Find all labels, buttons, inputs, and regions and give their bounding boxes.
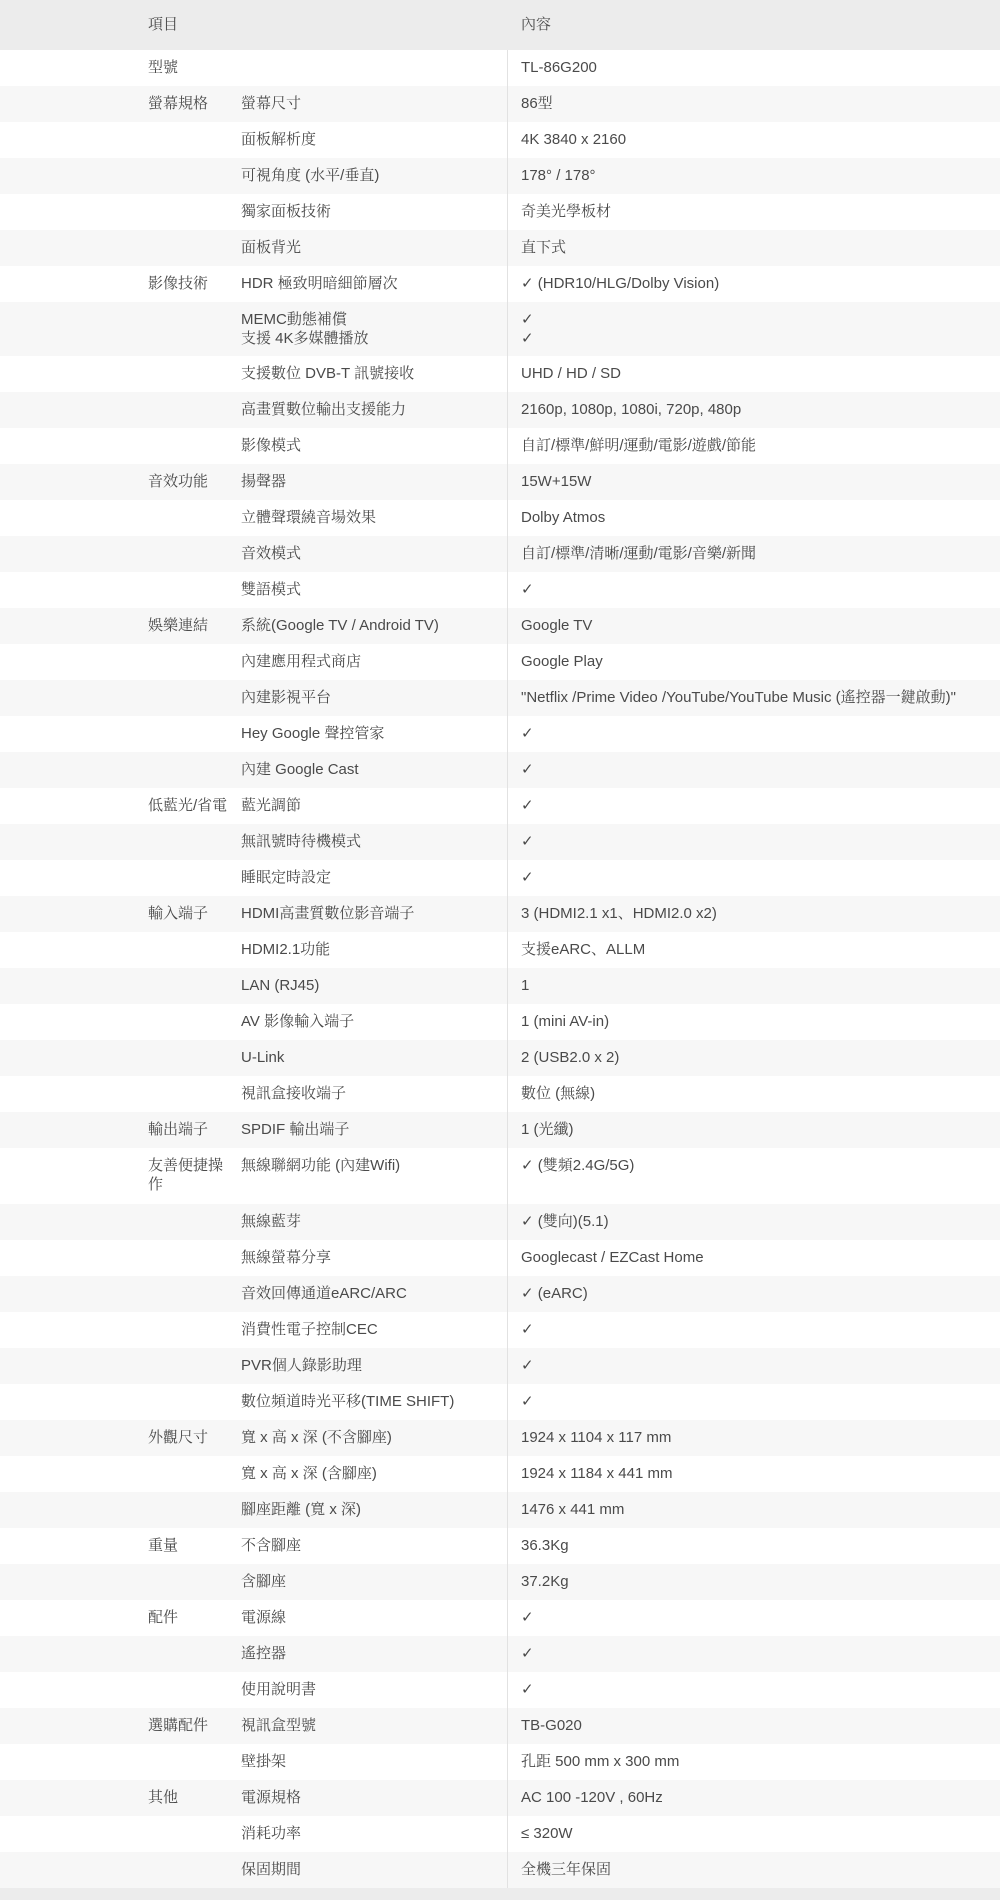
spec-row: 面板背光直下式 (0, 230, 1000, 266)
category-cell (0, 158, 241, 194)
item-cell-text: 雙語模式 (241, 581, 301, 598)
spec-row: 型號TL-86G200 (0, 50, 1000, 86)
value-cell: ✓ (507, 1672, 1000, 1708)
item-cell-text: 揚聲器 (241, 473, 286, 490)
value-cell-text: 孔距 500 mm x 300 mm (521, 1753, 679, 1770)
item-cell-text: 腳座距離 (寬 x 深) (241, 1501, 361, 1518)
item-cell: 使用說明書 (241, 1672, 507, 1708)
value-cell-text: ✓ (521, 869, 534, 886)
value-cell-text: 3 (HDMI2.1 x1、HDMI2.0 x2) (521, 905, 717, 922)
category-cell: 輸入端子 (0, 896, 241, 932)
value-cell: 15W+15W (507, 464, 1000, 500)
item-cell: LAN (RJ45) (241, 968, 507, 1004)
spec-table: 項目 內容 型號TL-86G200螢幕規格螢幕尺寸86型面板解析度4K 3840… (0, 0, 1000, 1900)
category-cell-text: 友善便捷操作 (148, 1157, 223, 1193)
item-cell: 螢幕尺寸 (241, 86, 507, 122)
category-cell-text: 輸入端子 (148, 905, 208, 922)
item-cell-text: 數位頻道時光平移(TIME SHIFT) (241, 1393, 454, 1410)
item-cell-text: 無線藍芽 (241, 1213, 301, 1230)
item-cell: 內建應用程式商店 (241, 644, 507, 680)
item-cell: 寬 x 高 x 深 (含腳座) (241, 1456, 507, 1492)
item-cell-text: 面板解析度 (241, 131, 316, 148)
value-cell: 4K 3840 x 2160 (507, 122, 1000, 158)
item-cell-text: 高畫質數位輸出支援能力 (241, 401, 406, 418)
value-cell-text: ✓ (HDR10/HLG/Dolby Vision) (521, 275, 719, 292)
value-cell: 1 (507, 968, 1000, 1004)
item-cell: 寬 x 高 x 深 (不含腳座) (241, 1420, 507, 1456)
item-cell-text: 內建影視平台 (241, 689, 331, 706)
item-cell-text: 含腳座 (241, 1573, 286, 1590)
value-cell: "Netflix /Prime Video /YouTube/YouTube M… (507, 680, 1000, 716)
value-cell-text: 36.3Kg (521, 1537, 569, 1554)
category-cell (0, 1852, 241, 1888)
item-cell-text: 可視角度 (水平/垂直) (241, 167, 379, 184)
value-cell: Dolby Atmos (507, 500, 1000, 536)
category-cell-text: 型號 (148, 59, 178, 76)
category-cell-text: 選購配件 (148, 1717, 208, 1734)
item-cell: 影像模式 (241, 428, 507, 464)
value-cell-text: TL-86G200 (521, 59, 597, 76)
value-cell: ≤ 320W (507, 1816, 1000, 1852)
category-cell-text: 重量 (148, 1537, 178, 1554)
category-cell (0, 1312, 241, 1348)
value-cell: ✓ (507, 788, 1000, 824)
item-cell-text: 遙控器 (241, 1645, 286, 1662)
item-cell: 腳座距離 (寬 x 深) (241, 1492, 507, 1528)
item-cell-text: AV 影像輸入端子 (241, 1013, 354, 1030)
item-cell: 獨家面板技術 (241, 194, 507, 230)
category-cell-text: 娛樂連結 (148, 617, 208, 634)
category-cell (0, 302, 241, 356)
category-cell-text: 輸出端子 (148, 1121, 208, 1138)
item-cell: 不含腳座 (241, 1528, 507, 1564)
category-cell (0, 230, 241, 266)
category-cell-text: 低藍光/省電 (148, 797, 227, 814)
spec-row: 外觀尺寸寬 x 高 x 深 (不含腳座)1924 x 1104 x 117 mm (0, 1420, 1000, 1456)
item-cell-text: 立體聲環繞音場效果 (241, 509, 376, 526)
value-cell: 37.2Kg (507, 1564, 1000, 1600)
category-cell (0, 1636, 241, 1672)
item-cell: 消耗功率 (241, 1816, 507, 1852)
value-cell: 1924 x 1184 x 441 mm (507, 1456, 1000, 1492)
value-cell-text: ✓ (雙向)(5.1) (521, 1213, 609, 1230)
spec-row: 選購配件視訊盒型號TB-G020 (0, 1708, 1000, 1744)
spec-row: 含腳座37.2Kg (0, 1564, 1000, 1600)
category-cell (0, 824, 241, 860)
value-cell-text: 1 (521, 977, 529, 994)
item-cell: 面板解析度 (241, 122, 507, 158)
item-cell: 面板背光 (241, 230, 507, 266)
category-cell (0, 356, 241, 392)
item-cell-text: 面板背光 (241, 239, 301, 256)
category-cell (0, 752, 241, 788)
item-cell-text: 系統(Google TV / Android TV) (241, 617, 439, 634)
item-cell-text: Hey Google 聲控管家 (241, 725, 384, 742)
value-cell-text: Dolby Atmos (521, 509, 605, 526)
spec-row: 音效回傳通道eARC/ARC✓ (eARC) (0, 1276, 1000, 1312)
value-cell: ✓ (雙向)(5.1) (507, 1204, 1000, 1240)
spec-row: 音效模式自訂/標準/清晰/運動/電影/音樂/新聞 (0, 536, 1000, 572)
spec-row: LAN (RJ45)1 (0, 968, 1000, 1004)
item-cell-text: LAN (RJ45) (241, 977, 319, 994)
spec-row: 低藍光/省電藍光調節✓ (0, 788, 1000, 824)
category-cell: 音效功能 (0, 464, 241, 500)
category-cell (0, 1564, 241, 1600)
spec-row: 數位頻道時光平移(TIME SHIFT)✓ (0, 1384, 1000, 1420)
item-cell: 數位頻道時光平移(TIME SHIFT) (241, 1384, 507, 1420)
item-cell-text: 螢幕尺寸 (241, 95, 301, 112)
value-cell: ✓✓ (507, 302, 1000, 356)
category-cell (0, 644, 241, 680)
value-cell-text: 4K 3840 x 2160 (521, 131, 626, 148)
value-cell-text: 奇美光學板材 (521, 203, 611, 220)
item-cell-text: 藍光調節 (241, 797, 301, 814)
value-cell-text: TB-G020 (521, 1717, 582, 1734)
value-cell: 2 (USB2.0 x 2) (507, 1040, 1000, 1076)
value-cell-text: 1476 x 441 mm (521, 1501, 624, 1518)
spec-row: AV 影像輸入端子1 (mini AV-in) (0, 1004, 1000, 1040)
spec-row: 保固期間全機三年保固 (0, 1852, 1000, 1888)
category-cell (0, 1744, 241, 1780)
value-cell: 全機三年保固 (507, 1852, 1000, 1888)
category-cell: 外觀尺寸 (0, 1420, 241, 1456)
value-cell-text: 1 (mini AV-in) (521, 1013, 609, 1030)
item-cell: 電源線 (241, 1600, 507, 1636)
spec-row: 高畫質數位輸出支援能力2160p, 1080p, 1080i, 720p, 48… (0, 392, 1000, 428)
spec-row: 輸入端子HDMI高畫質數位影音端子3 (HDMI2.1 x1、HDMI2.0 x… (0, 896, 1000, 932)
column-header-content: 內容 (507, 0, 1000, 50)
value-cell-text: ✓ (521, 1321, 534, 1338)
category-cell (0, 968, 241, 1004)
category-cell-text: 外觀尺寸 (148, 1429, 208, 1446)
value-cell-text: Google Play (521, 653, 603, 670)
value-cell: 自訂/標準/清晰/運動/電影/音樂/新聞 (507, 536, 1000, 572)
category-cell-text: 影像技術 (148, 275, 208, 292)
value-cell: 自訂/標準/鮮明/運動/電影/遊戲/節能 (507, 428, 1000, 464)
item-cell-text: 睡眠定時設定 (241, 869, 331, 886)
item-cell-text: 寬 x 高 x 深 (含腳座) (241, 1465, 377, 1482)
value-cell: ✓ (507, 1636, 1000, 1672)
item-cell: HDR 極致明暗細節層次 (241, 266, 507, 302)
value-cell: 1 (mini AV-in) (507, 1004, 1000, 1040)
category-cell (0, 716, 241, 752)
item-cell-text: 內建 Google Cast (241, 761, 359, 778)
category-cell: 選購配件 (0, 1708, 241, 1744)
item-cell-text: 電源線 (241, 1609, 286, 1626)
item-cell: 雙語模式 (241, 572, 507, 608)
value-cell-text: ✓ (521, 761, 534, 778)
spec-row: 輸出端子SPDIF 輸出端子1 (光纖) (0, 1112, 1000, 1148)
value-cell: ✓ (507, 752, 1000, 788)
item-cell-text: SPDIF 輸出端子 (241, 1121, 349, 1138)
category-cell-text: 其他 (148, 1789, 178, 1806)
value-cell-text: 178° / 178° (521, 167, 596, 184)
item-cell: 遙控器 (241, 1636, 507, 1672)
category-cell (0, 194, 241, 230)
item-cell: SPDIF 輸出端子 (241, 1112, 507, 1148)
spec-row: 無線螢幕分享Googlecast / EZCast Home (0, 1240, 1000, 1276)
item-cell: 無線藍芽 (241, 1204, 507, 1240)
value-cell-text: ✓ (521, 1393, 534, 1410)
category-cell (0, 932, 241, 968)
value-cell: 3 (HDMI2.1 x1、HDMI2.0 x2) (507, 896, 1000, 932)
spec-row: 遙控器✓ (0, 1636, 1000, 1672)
category-cell (0, 1384, 241, 1420)
item-cell: 音效回傳通道eARC/ARC (241, 1276, 507, 1312)
item-cell: 立體聲環繞音場效果 (241, 500, 507, 536)
spec-row: HDMI2.1功能支援eARC、ALLM (0, 932, 1000, 968)
value-cell-text: Google TV (521, 617, 592, 634)
value-cell-text: ✓ (521, 1357, 534, 1374)
item-cell: 保固期間 (241, 1852, 507, 1888)
value-cell-text: 1924 x 1184 x 441 mm (521, 1465, 672, 1482)
category-cell (0, 1040, 241, 1076)
value-cell-text: 86型 (521, 95, 553, 112)
item-cell: 視訊盒型號 (241, 1708, 507, 1744)
value-cell: 1 (光纖) (507, 1112, 1000, 1148)
category-cell (0, 1076, 241, 1112)
value-cell: ✓ (507, 1312, 1000, 1348)
item-cell-text: HDMI高畫質數位影音端子 (241, 905, 414, 922)
item-cell-text: 保固期間 (241, 1861, 301, 1878)
spec-row: 腳座距離 (寬 x 深)1476 x 441 mm (0, 1492, 1000, 1528)
spec-row: 立體聲環繞音場效果Dolby Atmos (0, 500, 1000, 536)
item-cell-text: 使用說明書 (241, 1681, 316, 1698)
value-cell-text: 37.2Kg (521, 1573, 569, 1590)
spec-row: 內建應用程式商店Google Play (0, 644, 1000, 680)
category-cell (0, 1348, 241, 1384)
spec-row: 音效功能揚聲器15W+15W (0, 464, 1000, 500)
value-cell-text: 2160p, 1080p, 1080i, 720p, 480p (521, 401, 741, 418)
value-cell: ✓ (507, 860, 1000, 896)
value-cell: Google TV (507, 608, 1000, 644)
item-cell: 睡眠定時設定 (241, 860, 507, 896)
value-cell-text: 2 (USB2.0 x 2) (521, 1049, 619, 1066)
category-cell: 友善便捷操作 (0, 1148, 241, 1204)
value-cell: 數位 (無線) (507, 1076, 1000, 1112)
value-cell-text: 自訂/標準/鮮明/運動/電影/遊戲/節能 (521, 437, 756, 454)
spec-row: 內建 Google Cast✓ (0, 752, 1000, 788)
spec-row: 友善便捷操作無線聯網功能 (內建Wifi)✓ (雙頻2.4G/5G) (0, 1148, 1000, 1204)
spec-rows: 型號TL-86G200螢幕規格螢幕尺寸86型面板解析度4K 3840 x 216… (0, 50, 1000, 1888)
category-cell-text: 音效功能 (148, 473, 208, 490)
category-cell (0, 536, 241, 572)
item-cell: AV 影像輸入端子 (241, 1004, 507, 1040)
value-cell-text: 全機三年保固 (521, 1861, 611, 1878)
item-cell: PVR個人錄影助理 (241, 1348, 507, 1384)
item-cell-text: HDR 極致明暗細節層次 (241, 275, 398, 292)
value-cell: 2160p, 1080p, 1080i, 720p, 480p (507, 392, 1000, 428)
column-header-item: 項目 (0, 0, 507, 50)
item-cell: HDMI2.1功能 (241, 932, 507, 968)
category-cell: 低藍光/省電 (0, 788, 241, 824)
spec-row: 壁掛架孔距 500 mm x 300 mm (0, 1744, 1000, 1780)
value-cell-text: ✓ (521, 581, 534, 598)
item-cell: 無線聯網功能 (內建Wifi) (241, 1148, 507, 1204)
item-cell: 高畫質數位輸出支援能力 (241, 392, 507, 428)
category-cell-text: 配件 (148, 1609, 178, 1626)
category-cell (0, 860, 241, 896)
value-cell-text: AC 100 -120V , 60Hz (521, 1789, 663, 1806)
spec-row: 無線藍芽✓ (雙向)(5.1) (0, 1204, 1000, 1240)
item-cell-text-line2: 支援 4K多媒體播放 (241, 329, 495, 348)
value-cell: TL-86G200 (507, 50, 1000, 86)
spec-row: 其他電源規格AC 100 -120V , 60Hz (0, 1780, 1000, 1816)
item-cell-text: 無訊號時待機模式 (241, 833, 361, 850)
category-cell (0, 1004, 241, 1040)
value-cell: ✓ (507, 1600, 1000, 1636)
item-cell: 可視角度 (水平/垂直) (241, 158, 507, 194)
category-cell (0, 1816, 241, 1852)
value-cell: 奇美光學板材 (507, 194, 1000, 230)
category-cell: 重量 (0, 1528, 241, 1564)
spec-row: 支援數位 DVB-T 訊號接收UHD / HD / SD (0, 356, 1000, 392)
item-cell: 無線螢幕分享 (241, 1240, 507, 1276)
spec-row: Hey Google 聲控管家✓ (0, 716, 1000, 752)
category-cell: 型號 (0, 50, 241, 86)
item-cell: 系統(Google TV / Android TV) (241, 608, 507, 644)
category-cell (0, 572, 241, 608)
item-cell-text: 獨家面板技術 (241, 203, 331, 220)
value-cell-text: 15W+15W (521, 473, 591, 490)
spec-row: 內建影視平台"Netflix /Prime Video /YouTube/You… (0, 680, 1000, 716)
item-cell-text: 消費性電子控制CEC (241, 1321, 378, 1338)
category-cell (0, 500, 241, 536)
item-cell: Hey Google 聲控管家 (241, 716, 507, 752)
value-cell: 36.3Kg (507, 1528, 1000, 1564)
value-cell-text-line2: ✓ (521, 329, 990, 348)
category-cell (0, 428, 241, 464)
category-cell (0, 1492, 241, 1528)
category-cell (0, 1204, 241, 1240)
item-cell-text: 電源規格 (241, 1789, 301, 1806)
category-cell: 其他 (0, 1780, 241, 1816)
value-cell: AC 100 -120V , 60Hz (507, 1780, 1000, 1816)
spec-row: U-Link2 (USB2.0 x 2) (0, 1040, 1000, 1076)
value-cell-text: "Netflix /Prime Video /YouTube/YouTube M… (521, 689, 956, 706)
item-cell: HDMI高畫質數位影音端子 (241, 896, 507, 932)
spec-row: 消耗功率≤ 320W (0, 1816, 1000, 1852)
value-cell: 直下式 (507, 230, 1000, 266)
spec-row: 使用說明書✓ (0, 1672, 1000, 1708)
category-cell (0, 1456, 241, 1492)
value-cell-text: UHD / HD / SD (521, 365, 621, 382)
value-cell-text: ✓ (521, 797, 534, 814)
spec-row: 影像技術HDR 極致明暗細節層次✓ (HDR10/HLG/Dolby Visio… (0, 266, 1000, 302)
item-cell-text: 壁掛架 (241, 1753, 286, 1770)
item-cell: MEMC動態補償支援 4K多媒體播放 (241, 302, 507, 356)
item-cell-text: 寬 x 高 x 深 (不含腳座) (241, 1429, 392, 1446)
item-cell: 內建 Google Cast (241, 752, 507, 788)
value-cell-text: Googlecast / EZCast Home (521, 1249, 704, 1266)
item-cell-text: 支援數位 DVB-T 訊號接收 (241, 365, 414, 382)
item-cell-text: 音效模式 (241, 545, 301, 562)
value-cell-text: 支援eARC、ALLM (521, 941, 645, 958)
value-cell-text: 數位 (無線) (521, 1085, 595, 1102)
item-cell (241, 50, 507, 86)
item-cell: 電源規格 (241, 1780, 507, 1816)
item-cell-text: 內建應用程式商店 (241, 653, 361, 670)
next-section-strip (0, 1888, 1000, 1900)
category-cell: 娛樂連結 (0, 608, 241, 644)
value-cell-text: ✓ (521, 1609, 534, 1626)
item-cell: 視訊盒接收端子 (241, 1076, 507, 1112)
item-cell-text: 消耗功率 (241, 1825, 301, 1842)
value-cell: ✓ (507, 1384, 1000, 1420)
spec-row: PVR個人錄影助理✓ (0, 1348, 1000, 1384)
value-cell-text: 直下式 (521, 239, 566, 256)
spec-row: 寬 x 高 x 深 (含腳座)1924 x 1184 x 441 mm (0, 1456, 1000, 1492)
item-cell: 無訊號時待機模式 (241, 824, 507, 860)
spec-row: 娛樂連結系統(Google TV / Android TV)Google TV (0, 608, 1000, 644)
item-cell: 支援數位 DVB-T 訊號接收 (241, 356, 507, 392)
item-cell: U-Link (241, 1040, 507, 1076)
value-cell-text: ✓ (521, 1645, 534, 1662)
category-cell (0, 1276, 241, 1312)
value-cell: 178° / 178° (507, 158, 1000, 194)
category-cell (0, 392, 241, 428)
item-cell-text: HDMI2.1功能 (241, 941, 330, 958)
value-cell: 孔距 500 mm x 300 mm (507, 1744, 1000, 1780)
spec-row: 消費性電子控制CEC✓ (0, 1312, 1000, 1348)
item-cell-text: 視訊盒型號 (241, 1717, 316, 1734)
category-cell-text: 螢幕規格 (148, 95, 208, 112)
spec-row: 視訊盒接收端子數位 (無線) (0, 1076, 1000, 1112)
spec-row: 睡眠定時設定✓ (0, 860, 1000, 896)
value-cell: ✓ (507, 572, 1000, 608)
value-cell: ✓ (HDR10/HLG/Dolby Vision) (507, 266, 1000, 302)
item-cell-text: 不含腳座 (241, 1537, 301, 1554)
item-cell: 壁掛架 (241, 1744, 507, 1780)
value-cell: Google Play (507, 644, 1000, 680)
value-cell-text: ✓ (521, 311, 534, 328)
spec-row: 面板解析度4K 3840 x 2160 (0, 122, 1000, 158)
item-cell-text: U-Link (241, 1049, 284, 1066)
category-cell: 配件 (0, 1600, 241, 1636)
value-cell: ✓ (eARC) (507, 1276, 1000, 1312)
category-cell: 影像技術 (0, 266, 241, 302)
category-cell (0, 1672, 241, 1708)
spec-row: MEMC動態補償支援 4K多媒體播放✓✓ (0, 302, 1000, 356)
value-cell: ✓ (507, 716, 1000, 752)
spec-row: 重量不含腳座36.3Kg (0, 1528, 1000, 1564)
value-cell-text: ≤ 320W (521, 1825, 573, 1842)
spec-row: 可視角度 (水平/垂直)178° / 178° (0, 158, 1000, 194)
item-cell-text: 視訊盒接收端子 (241, 1085, 346, 1102)
item-cell-text: PVR個人錄影助理 (241, 1357, 362, 1374)
spec-row: 螢幕規格螢幕尺寸86型 (0, 86, 1000, 122)
value-cell-text: ✓ (521, 725, 534, 742)
category-cell (0, 680, 241, 716)
item-cell-text: 無線螢幕分享 (241, 1249, 331, 1266)
value-cell-text: ✓ (521, 833, 534, 850)
item-cell: 音效模式 (241, 536, 507, 572)
category-cell (0, 1240, 241, 1276)
table-header-row: 項目 內容 (0, 0, 1000, 50)
value-cell: 支援eARC、ALLM (507, 932, 1000, 968)
value-cell: Googlecast / EZCast Home (507, 1240, 1000, 1276)
item-cell: 藍光調節 (241, 788, 507, 824)
value-cell: 1924 x 1104 x 117 mm (507, 1420, 1000, 1456)
value-cell-text: ✓ (eARC) (521, 1285, 588, 1302)
value-cell: 86型 (507, 86, 1000, 122)
value-cell-text: 自訂/標準/清晰/運動/電影/音樂/新聞 (521, 545, 756, 562)
item-cell: 揚聲器 (241, 464, 507, 500)
item-cell-text: 影像模式 (241, 437, 301, 454)
value-cell-text: 1 (光纖) (521, 1121, 574, 1138)
item-cell: 消費性電子控制CEC (241, 1312, 507, 1348)
item-cell-text: MEMC動態補償 (241, 311, 347, 328)
